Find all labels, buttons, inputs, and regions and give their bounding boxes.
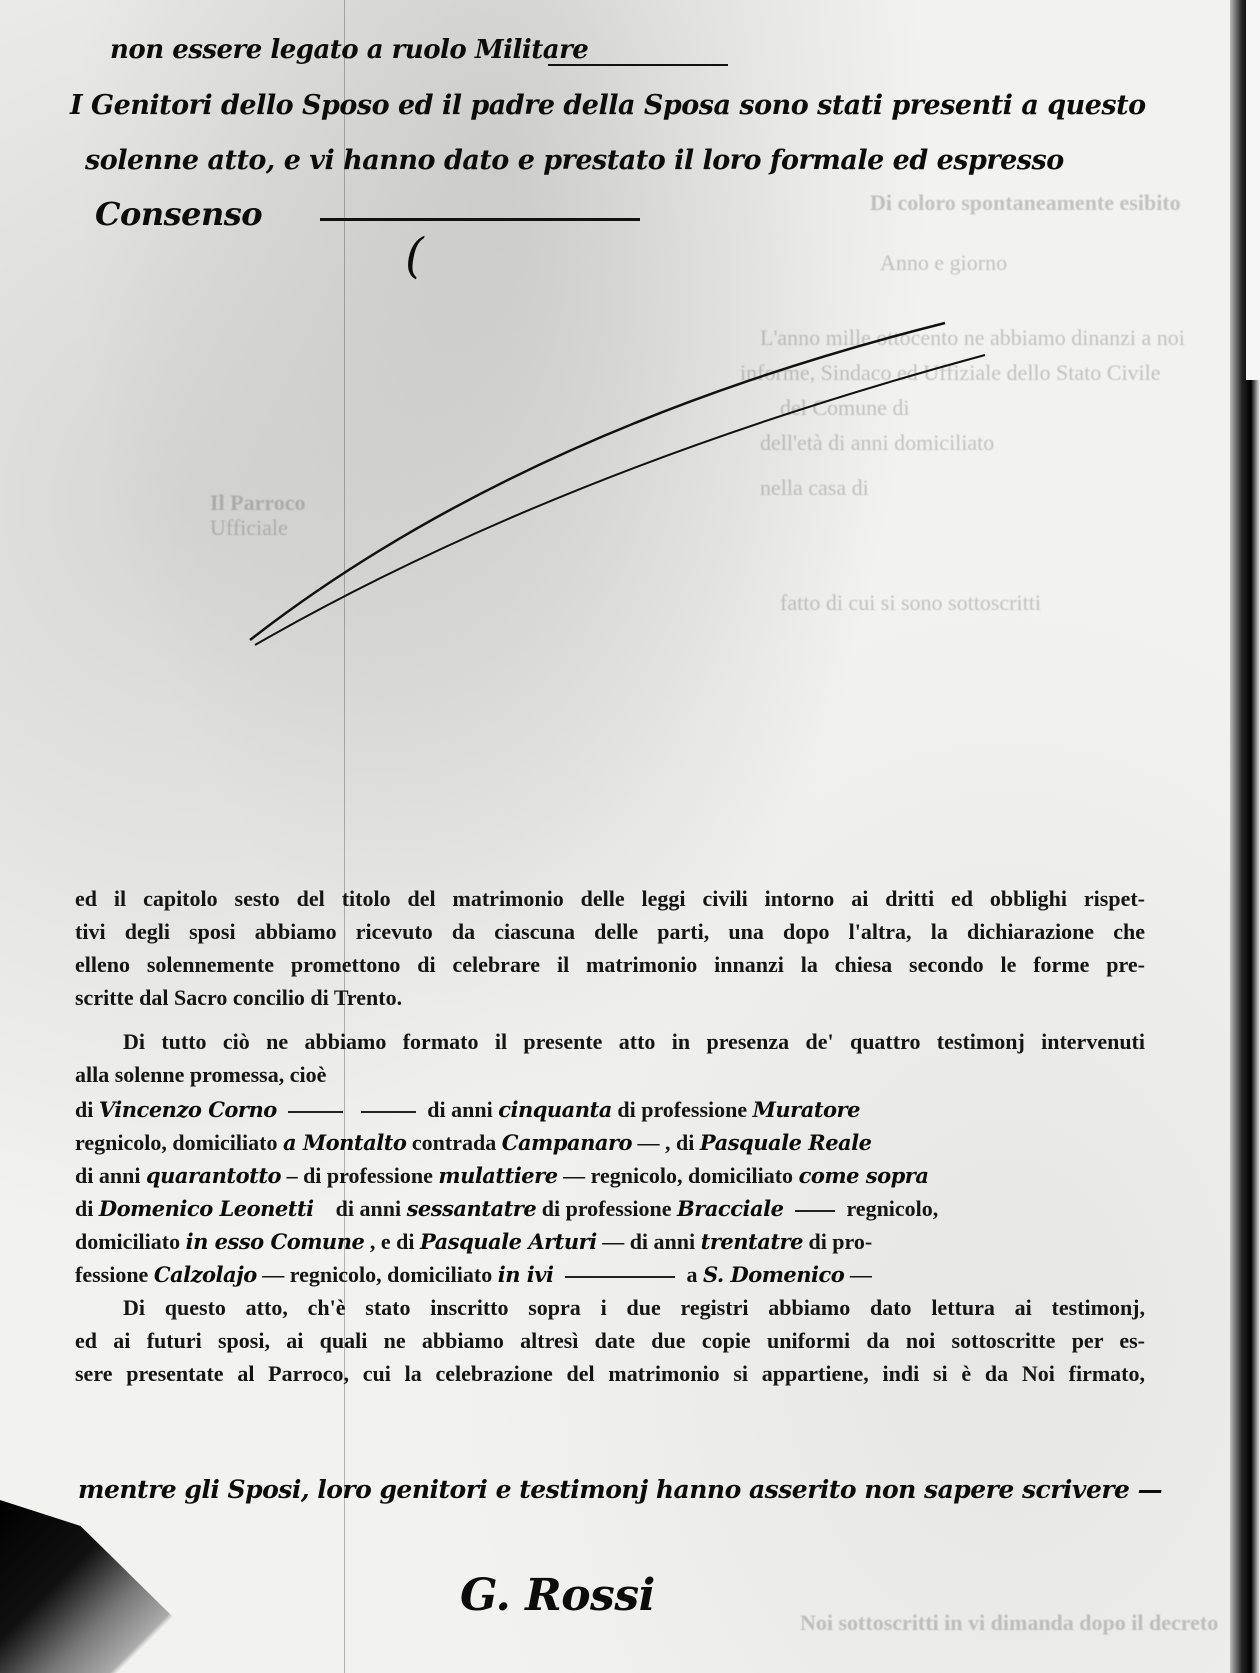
witness-age: trentatre	[701, 1229, 803, 1254]
label: domiciliato	[387, 1262, 492, 1287]
label: di pro-	[808, 1229, 872, 1254]
witness-place: S. Domenico	[703, 1262, 844, 1287]
label: fessione	[75, 1262, 148, 1287]
handwritten-footer: mentre gli Sposi, loro genitori e testim…	[78, 1475, 1162, 1504]
witness-row-4: di Domenico Leonetti di anni sessantatre…	[75, 1192, 1145, 1225]
label: di anni	[630, 1229, 695, 1254]
witness-name: Pasquale Arturi	[420, 1229, 597, 1254]
printed-line: alla solenne promessa, cioè	[75, 1058, 1145, 1091]
witness-profession: mulattiere	[438, 1163, 557, 1188]
witness-age: quarantotto	[146, 1163, 281, 1188]
witness-contrada: Campanaro	[502, 1130, 632, 1155]
printed-line: tivi degli sposi abbiamo ricevuto da cia…	[75, 915, 1145, 948]
witness-name: Vincenzo Corno	[99, 1097, 277, 1122]
signature: G. Rossi	[460, 1570, 655, 1621]
printed-line: ed il capitolo sesto del titolo del matr…	[75, 882, 1145, 915]
cancellation-lines	[0, 0, 1260, 1673]
label: di professione	[542, 1196, 672, 1221]
label: regnicolo, domiciliato	[75, 1130, 277, 1155]
witness-domicile: in ivi	[498, 1262, 554, 1287]
label: di	[75, 1097, 93, 1122]
witness-domicile: come sopra	[799, 1163, 929, 1188]
witness-profession: Calzolajo	[154, 1262, 257, 1287]
witness-age: sessantatre	[407, 1196, 537, 1221]
printed-line: ed ai futuri sposi, ai quali ne abbiamo …	[75, 1324, 1145, 1357]
printed-line: elleno solennemente promettono di celebr…	[75, 948, 1145, 981]
witness-row-6: fessione Calzolajo — regnicolo, domicili…	[75, 1258, 1145, 1291]
label: , e di	[370, 1229, 415, 1254]
label: domiciliato	[75, 1229, 180, 1254]
rule	[361, 1111, 416, 1113]
printed-line: Di questo atto, ch'è stato inscritto sop…	[75, 1291, 1145, 1324]
witness-row-1: di Vincenzo Corno di anni cinquanta di p…	[75, 1093, 1145, 1126]
rule	[795, 1210, 835, 1212]
label: domiciliato	[688, 1163, 793, 1188]
witness-row-3: di anni quarantotto – di professione mul…	[75, 1159, 1145, 1192]
label: regnicolo,	[591, 1163, 683, 1188]
label: di professione	[617, 1097, 747, 1122]
printed-line: sere presentate al Parroco, cui la celeb…	[75, 1357, 1145, 1390]
printed-paragraph-2: Di tutto ciò ne abbiamo formato il prese…	[75, 1025, 1145, 1390]
label: regnicolo,	[846, 1196, 938, 1221]
document-page: Di coloro spontaneamente esibito Anno e …	[0, 0, 1260, 1673]
label: a	[686, 1262, 697, 1287]
printed-line: Di tutto ciò ne abbiamo formato il prese…	[75, 1025, 1145, 1058]
witness-name: Domenico Leonetti	[99, 1196, 314, 1221]
witness-name: Pasquale Reale	[700, 1130, 872, 1155]
label: di anni	[427, 1097, 492, 1122]
label: di anni	[75, 1163, 140, 1188]
label: di	[676, 1130, 694, 1155]
label: di	[75, 1196, 93, 1221]
witness-domicile: in esso Comune	[186, 1229, 365, 1254]
witness-profession: Muratore	[753, 1097, 860, 1122]
witness-row-5: domiciliato in esso Comune , e di Pasqua…	[75, 1225, 1145, 1258]
label: regnicolo,	[290, 1262, 382, 1287]
label: di anni	[336, 1196, 401, 1221]
label: di professione	[303, 1163, 433, 1188]
printed-paragraph-1: ed il capitolo sesto del titolo del matr…	[75, 882, 1145, 1014]
witness-row-2: regnicolo, domiciliato a Montalto contra…	[75, 1126, 1145, 1159]
label: contrada	[412, 1130, 496, 1155]
witness-age: cinquanta	[498, 1097, 612, 1122]
printed-line: scritte dal Sacro concilio di Trento.	[75, 981, 1145, 1014]
rule	[288, 1111, 343, 1113]
witness-domicile: a Montalto	[283, 1130, 406, 1155]
rule	[565, 1276, 675, 1278]
witness-profession: Bracciale	[677, 1196, 783, 1221]
